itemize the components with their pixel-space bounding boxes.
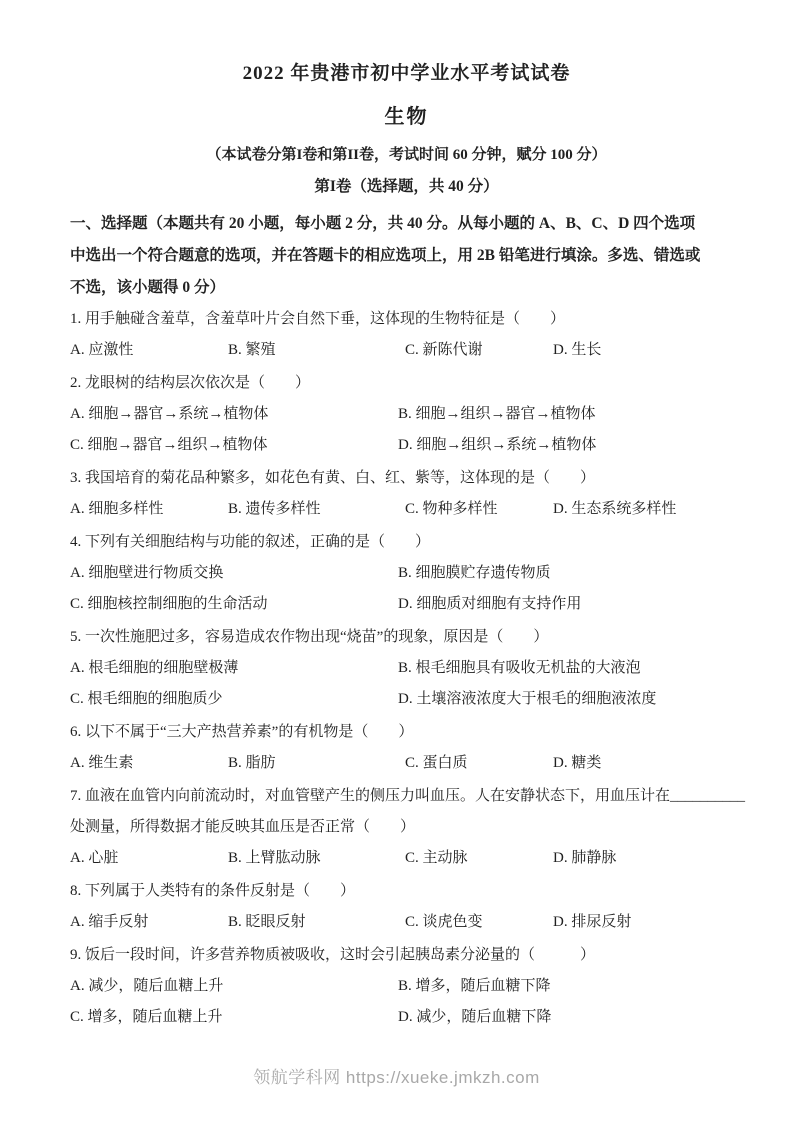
question-8: 8. 下列属于人类特有的条件反射是（ ）A. 缩手反射B. 眨眼反射C. 谈虎色…	[70, 876, 743, 938]
question-stem: 8. 下列属于人类特有的条件反射是（ ）	[70, 876, 743, 907]
option-d: D. 细胞质对细胞有支持作用	[398, 589, 743, 620]
question-stem: 6. 以下不属于“三大产热营养素”的有机物是（ ）	[70, 717, 743, 748]
page-title: 2022 年贵港市初中学业水平考试试卷	[70, 60, 743, 88]
instructions-line-2: 中选出一个符合题意的选项，并在答题卡的相应选项上，用 2B 铅笔进行填涂。多选、…	[70, 240, 743, 272]
option-row: A. 缩手反射B. 眨眼反射C. 谈虎色变D. 排尿反射	[70, 907, 743, 938]
instructions: 一、选择题（本题共有 20 小题，每小题 2 分，共 40 分。从每小题的 A、…	[70, 208, 743, 304]
option-row: A. 细胞多样性B. 遗传多样性C. 物种多样性D. 生态系统多样性	[70, 494, 743, 525]
question-stem: 5. 一次性施肥过多，容易造成农作物出现“烧苗”的现象，原因是（ ）	[70, 622, 743, 653]
option-a: A. 维生素	[70, 748, 228, 779]
section-heading: 第I卷（选择题，共 40 分）	[70, 174, 743, 200]
option-d: D. 生态系统多样性	[553, 494, 743, 525]
question-2: 2. 龙眼树的结构层次依次是（ ）A. 细胞→器官→系统→植物体B. 细胞→组织…	[70, 368, 743, 461]
option-a: A. 细胞多样性	[70, 494, 228, 525]
option-b: B. 眨眼反射	[228, 907, 405, 938]
option-row: C. 根毛细胞的细胞质少D. 土壤溶液浓度大于根毛的细胞液浓度	[70, 684, 743, 715]
question-9: 9. 饭后一段时间，许多营养物质被吸收，这时会引起胰岛素分泌量的（ ）A. 减少…	[70, 940, 743, 1033]
question-5: 5. 一次性施肥过多，容易造成农作物出现“烧苗”的现象，原因是（ ）A. 根毛细…	[70, 622, 743, 715]
option-d: D. 糖类	[553, 748, 743, 779]
option-b: B. 遗传多样性	[228, 494, 405, 525]
question-stem-continued: 处测量，所得数据才能反映其血压是否正常（ ）	[70, 812, 743, 843]
question-stem: 2. 龙眼树的结构层次依次是（ ）	[70, 368, 743, 399]
exam-note: （本试卷分第I卷和第II卷，考试时间 60 分钟，赋分 100 分）	[70, 142, 743, 168]
subject-title: 生物	[70, 102, 743, 132]
watermark: 领航学科网 https://xueke.jmkzh.com	[0, 1063, 793, 1088]
option-c: C. 新陈代谢	[405, 335, 553, 366]
option-a: A. 心脏	[70, 843, 228, 874]
option-c: C. 细胞→器官→组织→植物体	[70, 430, 398, 461]
option-b: B. 上臂肱动脉	[228, 843, 405, 874]
option-b: B. 增多，随后血糖下降	[398, 971, 743, 1002]
option-row: A. 减少，随后血糖上升B. 增多，随后血糖下降	[70, 971, 743, 1002]
option-c: C. 主动脉	[405, 843, 553, 874]
option-d: D. 细胞→组织→系统→植物体	[398, 430, 743, 461]
question-stem: 7. 血液在血管内向前流动时，对血管壁产生的侧压力叫血压。人在安静状态下，用血压…	[70, 781, 743, 812]
question-1: 1. 用手触碰含羞草，含羞草叶片会自然下垂，这体现的生物特征是（ ）A. 应激性…	[70, 304, 743, 366]
option-row: A. 细胞壁进行物质交换B. 细胞膜贮存遗传物质	[70, 558, 743, 589]
option-a: A. 细胞→器官→系统→植物体	[70, 399, 398, 430]
option-a: A. 根毛细胞的细胞壁极薄	[70, 653, 398, 684]
option-c: C. 根毛细胞的细胞质少	[70, 684, 398, 715]
instructions-line-1: 一、选择题（本题共有 20 小题，每小题 2 分，共 40 分。从每小题的 A、…	[70, 208, 743, 240]
exam-page: 2022 年贵港市初中学业水平考试试卷 生物 （本试卷分第I卷和第II卷，考试时…	[0, 0, 793, 1122]
option-c: C. 蛋白质	[405, 748, 553, 779]
option-c: C. 增多，随后血糖上升	[70, 1002, 398, 1033]
option-d: D. 排尿反射	[553, 907, 743, 938]
option-a: A. 细胞壁进行物质交换	[70, 558, 398, 589]
option-row: A. 维生素B. 脂肪C. 蛋白质D. 糖类	[70, 748, 743, 779]
option-d: D. 减少，随后血糖下降	[398, 1002, 743, 1033]
option-row: C. 增多，随后血糖上升D. 减少，随后血糖下降	[70, 1002, 743, 1033]
instructions-line-3: 不选，该小题得 0 分）	[70, 272, 743, 304]
option-d: D. 土壤溶液浓度大于根毛的细胞液浓度	[398, 684, 743, 715]
question-stem: 4. 下列有关细胞结构与功能的叙述，正确的是（ ）	[70, 527, 743, 558]
option-row: A. 根毛细胞的细胞壁极薄B. 根毛细胞具有吸收无机盐的大液泡	[70, 653, 743, 684]
question-6: 6. 以下不属于“三大产热营养素”的有机物是（ ）A. 维生素B. 脂肪C. 蛋…	[70, 717, 743, 779]
option-a: A. 缩手反射	[70, 907, 228, 938]
option-c: C. 细胞核控制细胞的生命活动	[70, 589, 398, 620]
option-b: B. 脂肪	[228, 748, 405, 779]
option-b: B. 细胞膜贮存遗传物质	[398, 558, 743, 589]
option-row: A. 心脏B. 上臂肱动脉C. 主动脉D. 肺静脉	[70, 843, 743, 874]
question-3: 3. 我国培育的菊花品种繁多，如花色有黄、白、红、紫等，这体现的是（ ）A. 细…	[70, 463, 743, 525]
option-c: C. 谈虎色变	[405, 907, 553, 938]
question-4: 4. 下列有关细胞结构与功能的叙述，正确的是（ ）A. 细胞壁进行物质交换B. …	[70, 527, 743, 620]
question-7: 7. 血液在血管内向前流动时，对血管壁产生的侧压力叫血压。人在安静状态下，用血压…	[70, 781, 743, 874]
option-d: D. 生长	[553, 335, 743, 366]
option-row: C. 细胞核控制细胞的生命活动D. 细胞质对细胞有支持作用	[70, 589, 743, 620]
option-c: C. 物种多样性	[405, 494, 553, 525]
question-stem: 1. 用手触碰含羞草，含羞草叶片会自然下垂，这体现的生物特征是（ ）	[70, 304, 743, 335]
question-stem: 9. 饭后一段时间，许多营养物质被吸收，这时会引起胰岛素分泌量的（ ）	[70, 940, 743, 971]
question-list: 1. 用手触碰含羞草，含羞草叶片会自然下垂，这体现的生物特征是（ ）A. 应激性…	[70, 304, 743, 1033]
option-b: B. 细胞→组织→器官→植物体	[398, 399, 743, 430]
option-b: B. 根毛细胞具有吸收无机盐的大液泡	[398, 653, 743, 684]
option-b: B. 繁殖	[228, 335, 405, 366]
option-a: A. 减少，随后血糖上升	[70, 971, 398, 1002]
option-row: A. 细胞→器官→系统→植物体B. 细胞→组织→器官→植物体	[70, 399, 743, 430]
option-a: A. 应激性	[70, 335, 228, 366]
option-row: A. 应激性B. 繁殖C. 新陈代谢D. 生长	[70, 335, 743, 366]
option-row: C. 细胞→器官→组织→植物体D. 细胞→组织→系统→植物体	[70, 430, 743, 461]
question-stem: 3. 我国培育的菊花品种繁多，如花色有黄、白、红、紫等，这体现的是（ ）	[70, 463, 743, 494]
option-d: D. 肺静脉	[553, 843, 743, 874]
